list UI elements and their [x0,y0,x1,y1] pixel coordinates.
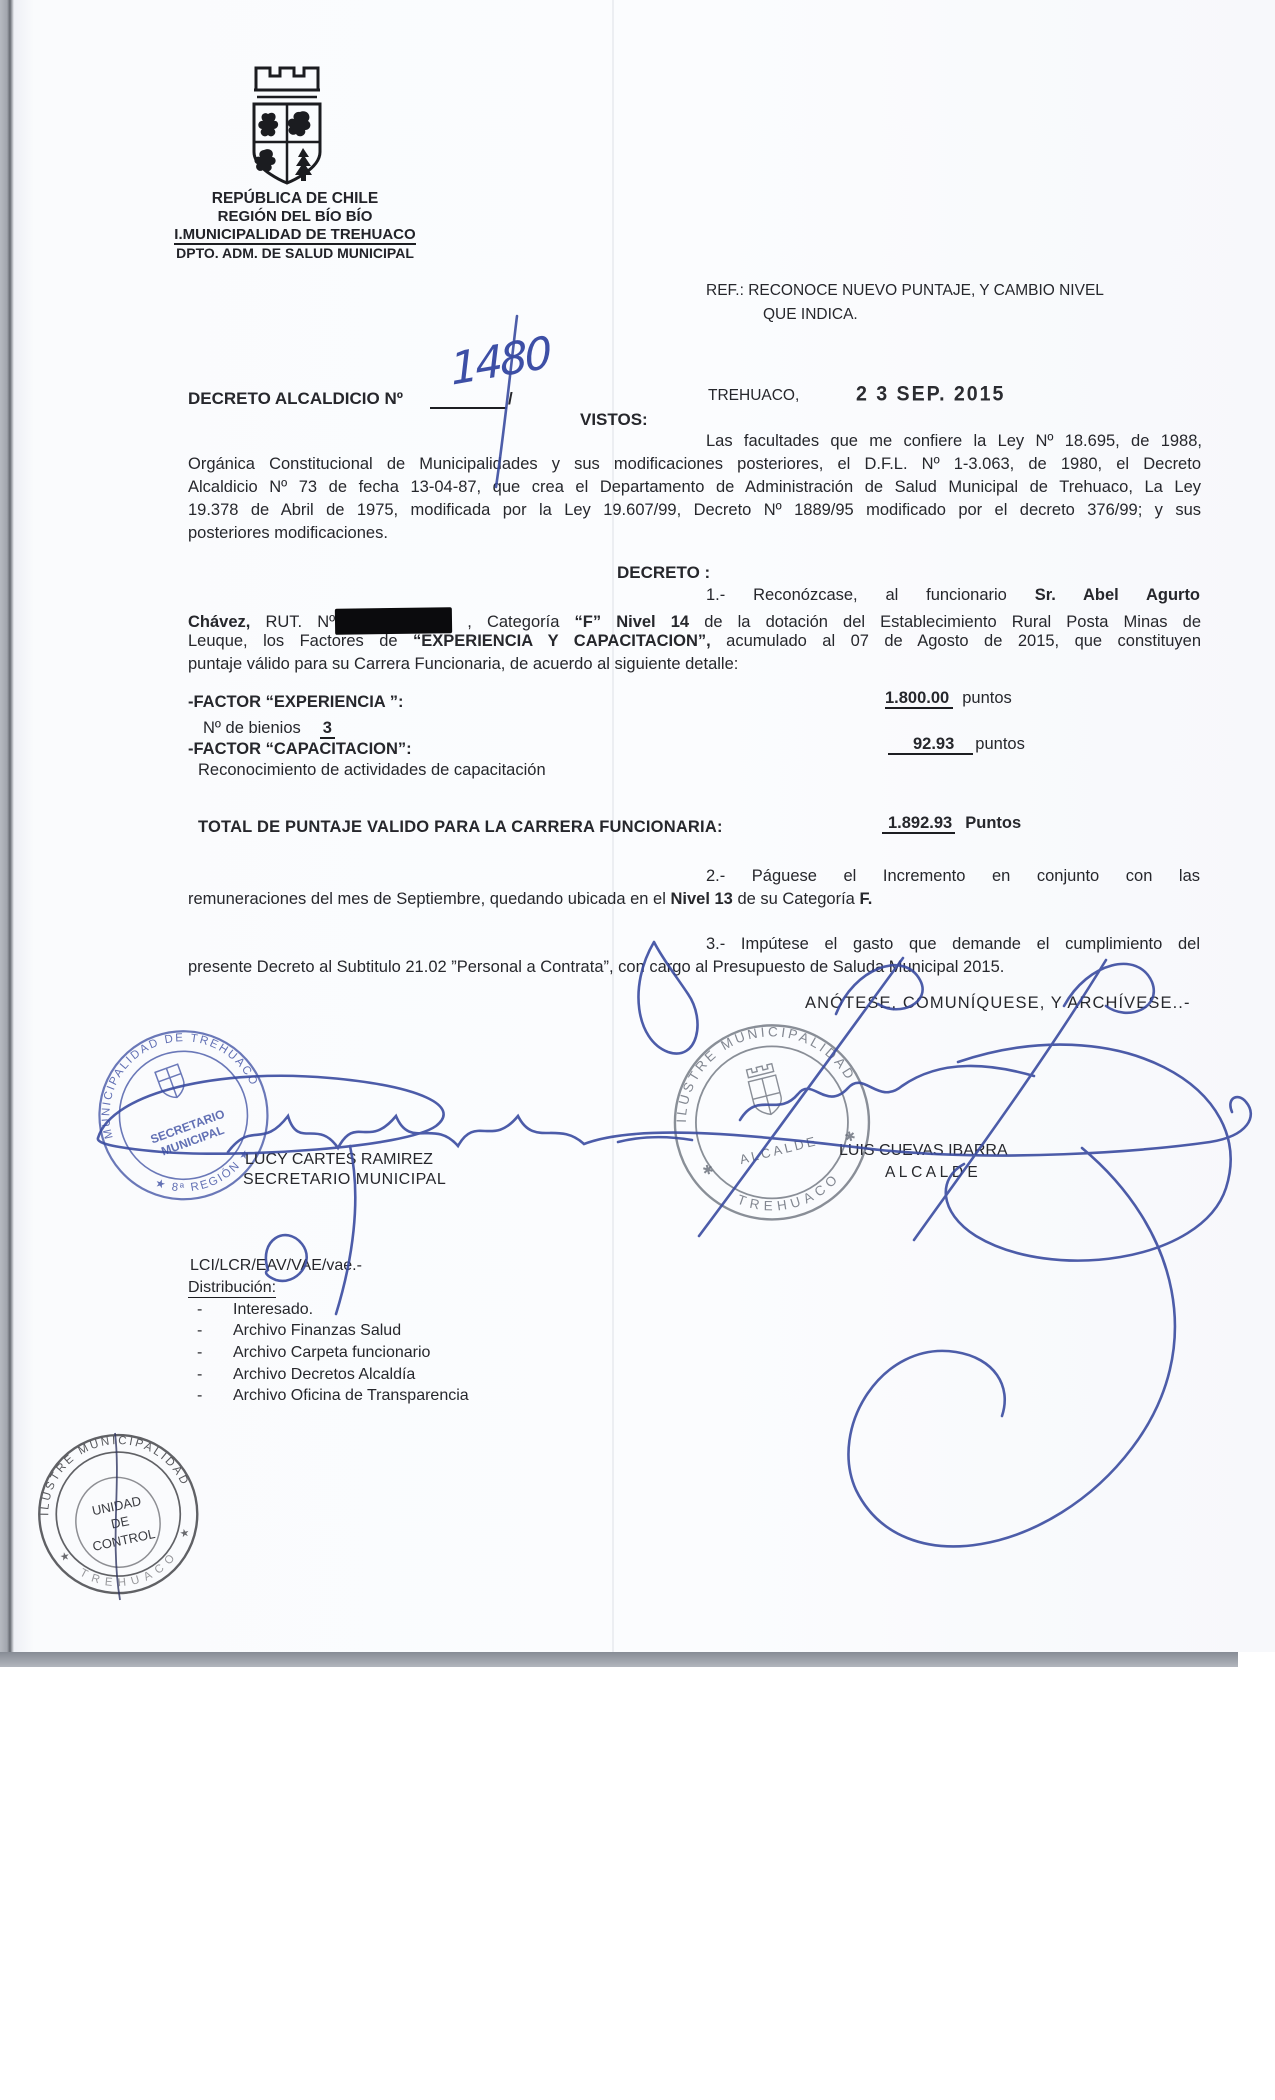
decreto-item3-line1: 3.- Impútese el gasto que demande el cum… [706,934,1200,955]
distribution-dash: - [197,1385,202,1406]
distribution-item: Archivo Decretos Alcaldía [233,1364,415,1385]
letterhead-municipality: I.MUNICIPALIDAD DE TREHUACO [140,226,450,243]
place-label: TREHUACO, [708,385,799,406]
letterhead-department: DPTO. ADM. DE SALUD MUNICIPAL [140,245,450,261]
bienios-row: Nº de bienios3 [203,718,335,739]
control-stamp-center-line2: DE [110,1513,131,1531]
distribution-item: Archivo Carpeta funcionario [233,1342,430,1363]
decreto-item1-line4: puntaje válido para su Carrera Funcionar… [188,654,738,675]
shield-quarter-motifs [254,111,312,181]
decreto-heading: DECRETO : [617,562,710,583]
factor-experience-label: -FACTOR “EXPERIENCIA ”: [188,692,403,713]
scanned-document: REPÚBLICA DE CHILE REGIÓN DEL BÍO BÍO I.… [0,0,1275,2100]
decree-number-underline [430,407,507,409]
decree-number-slash: / [508,388,513,409]
experience-points-value: 1.800.00 [885,689,953,709]
responsibility-initials: LCI/LCR/EAV/VAE/vae.- [190,1255,362,1276]
distribution-dash: - [197,1320,202,1341]
mayor-name: LUIS CUEVAS IBARRA [839,1140,1008,1161]
vistos-line-3: Alcaldicio Nº 73 de fecha 13-04-87, que … [188,477,1201,498]
decreto-item1-line1: 1.- Reconózcase, al funcionario Sr. Abel… [706,585,1200,606]
distribution-dash: - [197,1364,202,1385]
date-stamp: 2 3 SEP. 2015 [856,382,1005,407]
factor-experience-value-row: 1.800.00puntos [885,688,1012,709]
reference-line-2: QUE INDICA. [763,304,858,325]
distribution-dash: - [197,1342,202,1363]
decreto-item1-line3: Leuque, los Factores de “EXPERIENCIA Y C… [188,631,1201,652]
crown-battlement [256,68,318,90]
letterhead-region: REGIÓN DEL BÍO BÍO [140,208,450,225]
vistos-line-5: posteriores modificaciones. [188,523,388,544]
reference-line-1: REF.: RECONOCE NUEVO PUNTAJE, Y CAMBIO N… [706,280,1104,301]
control-unit-stamp: ILUSTRE MUNICIPALIDAD TREHUACO UNIDAD DE… [17,1414,222,1621]
factor-training-value-row: 92.93puntos [888,734,1025,755]
training-points-unit: puntos [975,735,1025,753]
experience-points-unit: puntos [962,689,1012,707]
distribution-heading: Distribución: [188,1277,276,1298]
training-note: Reconocimiento de actividades de capacit… [198,760,546,781]
decreto-item3-line2: presente Decreto al Subtitulo 21.02 ”Per… [188,957,1004,978]
decreto-item2-line1: 2.- Páguese el Incremento en conjunto co… [706,866,1200,887]
training-points-value: 92.93 [888,735,973,755]
control-stamp-star-right: ★ [179,1527,191,1541]
total-value-row: 1.892.93Puntos [882,813,1021,834]
secretary-title: SECRETARIO MUNICIPAL [243,1169,446,1190]
mayor-stamp-star-left: ✱ [701,1161,715,1178]
secretary-name: LUCY CARTES RAMIREZ [245,1149,433,1170]
bienios-value: 3 [320,719,335,739]
coat-of-arms [240,56,334,188]
distribution-dash: - [197,1299,202,1320]
total-points-value: 1.892.93 [882,814,955,834]
control-stamp-center-line3: CONTROL [91,1526,156,1554]
distribution-item: Archivo Oficina de Transparencia [233,1385,469,1406]
vistos-line-4: 19.378 de Abril de 1975, modificada por … [188,500,1201,521]
mayor-title: A L C A L D E [885,1162,978,1183]
distribution-item: Archivo Finanzas Salud [233,1320,401,1341]
mayor-stamp-center-text: ALCALDE [738,1133,819,1167]
closing-formula: ANÓTESE, COMUNÍQUESE, Y ARCHÍVESE..- [805,993,1191,1014]
decreto-item2-line2: remuneraciones del mes de Septiembre, qu… [188,889,872,910]
total-points-unit: Puntos [965,814,1021,832]
total-label: TOTAL DE PUNTAJE VALIDO PARA LA CARRERA … [198,817,723,838]
vistos-line-1: Las facultades que me confiere la Ley Nº… [706,431,1202,452]
decree-number-label: DECRETO ALCALDICIO Nº [188,388,403,409]
mayor-stamp-crest-icon [746,1063,785,1117]
secretary-stamp-shield-icon [155,1064,188,1101]
distribution-item: Interesado. [233,1299,313,1320]
factor-training-label: -FACTOR “CAPACITACION”: [188,739,412,760]
vistos-heading: VISTOS: [580,409,648,430]
page-edge-shadow [0,1652,1238,1667]
letterhead-country: REPÚBLICA DE CHILE [140,190,450,208]
vistos-line-2: Orgánica Constitucional de Municipalidad… [188,454,1201,475]
